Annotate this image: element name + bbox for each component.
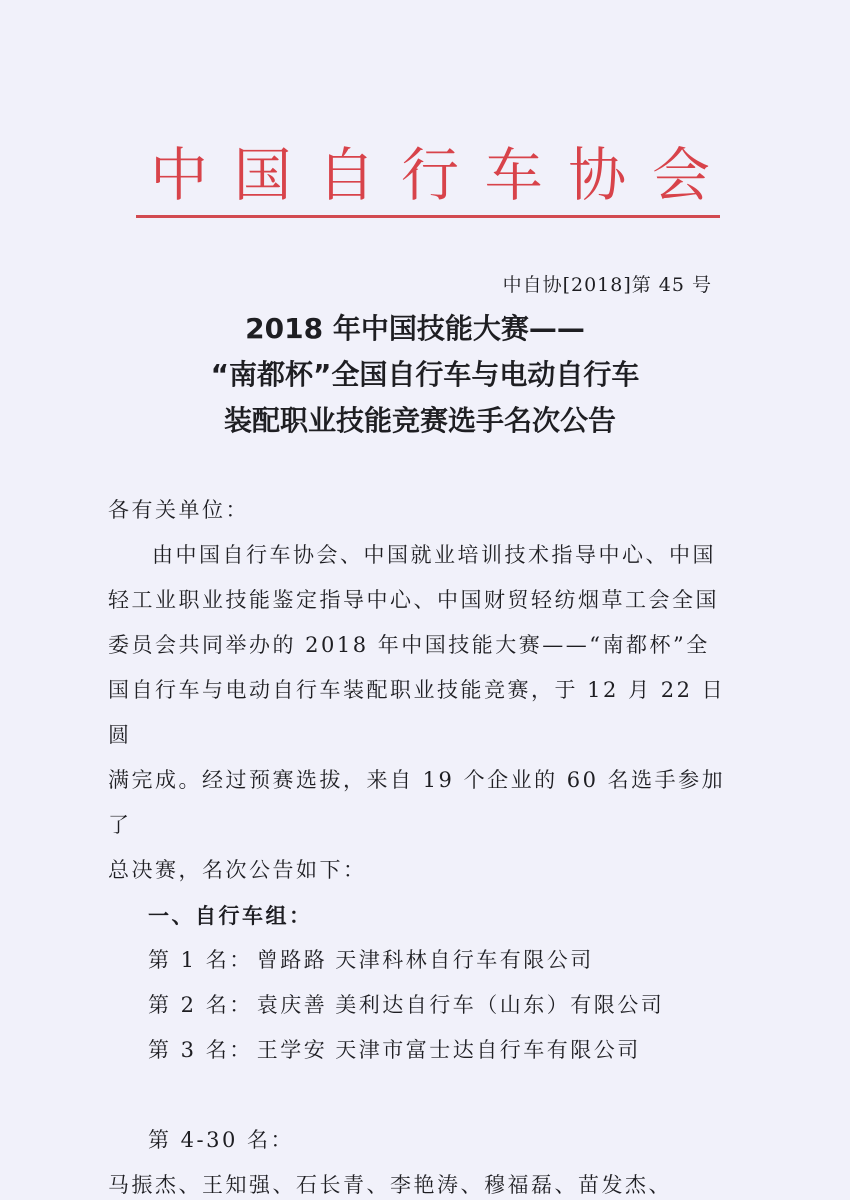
salutation: 各有关单位：	[108, 488, 744, 533]
rank-label: 第 2 名：	[148, 993, 253, 1017]
document-title: 2018 年中国技能大赛—— “南都杯”全国自行车与电动自行车 装配职业技能竞赛…	[0, 306, 850, 444]
paragraph-line: 国自行车与电动自行车装配职业技能竞赛，于 12 月 22 日圆	[108, 668, 744, 758]
company-name: 天津市富士达自行车有限公司	[335, 1038, 641, 1062]
spacer	[108, 1073, 744, 1118]
rank-label: 第 3 名：	[148, 1038, 253, 1062]
letterhead-divider	[136, 215, 720, 218]
ranking-row: 第 2 名：袁庆善美利达自行车（山东）有限公司	[108, 983, 744, 1028]
letterhead-char: 行	[401, 140, 459, 210]
paragraph-line: 总决赛，名次公告如下：	[108, 848, 744, 893]
intro-paragraph: 由中国自行车协会、中国就业培训技术指导中心、中国 轻工业职业技能鉴定指导中心、中…	[108, 533, 744, 893]
title-line-3: 装配职业技能竞赛选手名次公告	[0, 398, 850, 444]
paragraph-line: 委员会共同举办的 2018 年中国技能大赛——“南都杯”全	[108, 623, 744, 668]
ranking-row: 第 3 名：王学安天津市富士达自行车有限公司	[108, 1028, 744, 1073]
letterhead-char: 会	[652, 140, 710, 210]
paragraph-line: 由中国自行车协会、中国就业培训技术指导中心、中国	[108, 533, 744, 578]
letterhead-char: 自	[317, 140, 375, 210]
document-number: 中自协[2018]第 45 号	[503, 270, 712, 297]
ranking-row: 第 1 名：曾路路天津科林自行车有限公司	[108, 938, 744, 983]
group-4-30-names: 马振杰、王知强、石长青、李艳涛、穆福磊、苗发杰、	[108, 1163, 744, 1200]
company-name: 美利达自行车（山东）有限公司	[335, 993, 664, 1017]
paragraph-line: 轻工业职业技能鉴定指导中心、中国财贸轻纺烟草工会全国	[108, 578, 744, 623]
contestant-name: 袁庆善	[257, 993, 328, 1017]
paragraph-line: 满完成。经过预赛选拔，来自 19 个企业的 60 名选手参加了	[108, 758, 744, 848]
group-4-30-label: 第 4-30 名：	[108, 1118, 744, 1163]
title-line-2: “南都杯”全国自行车与电动自行车	[0, 352, 850, 398]
contestant-name: 王学安	[257, 1038, 328, 1062]
letterhead-char: 中	[150, 140, 208, 210]
letterhead-char: 国	[234, 140, 292, 210]
contestant-name: 曾路路	[257, 948, 328, 972]
company-name: 天津科林自行车有限公司	[335, 948, 594, 972]
section-heading-bicycle-group: 一、自行车组：	[108, 893, 744, 938]
document-body: 各有关单位： 由中国自行车协会、中国就业培训技术指导中心、中国 轻工业职业技能鉴…	[108, 488, 744, 1200]
letterhead-char: 协	[568, 140, 626, 210]
letterhead-char: 车	[485, 140, 543, 210]
rank-label: 第 1 名：	[148, 948, 253, 972]
title-line-1: 2018 年中国技能大赛——	[0, 306, 850, 352]
letterhead-org-name: 中 国 自 行 车 协 会	[150, 140, 710, 210]
